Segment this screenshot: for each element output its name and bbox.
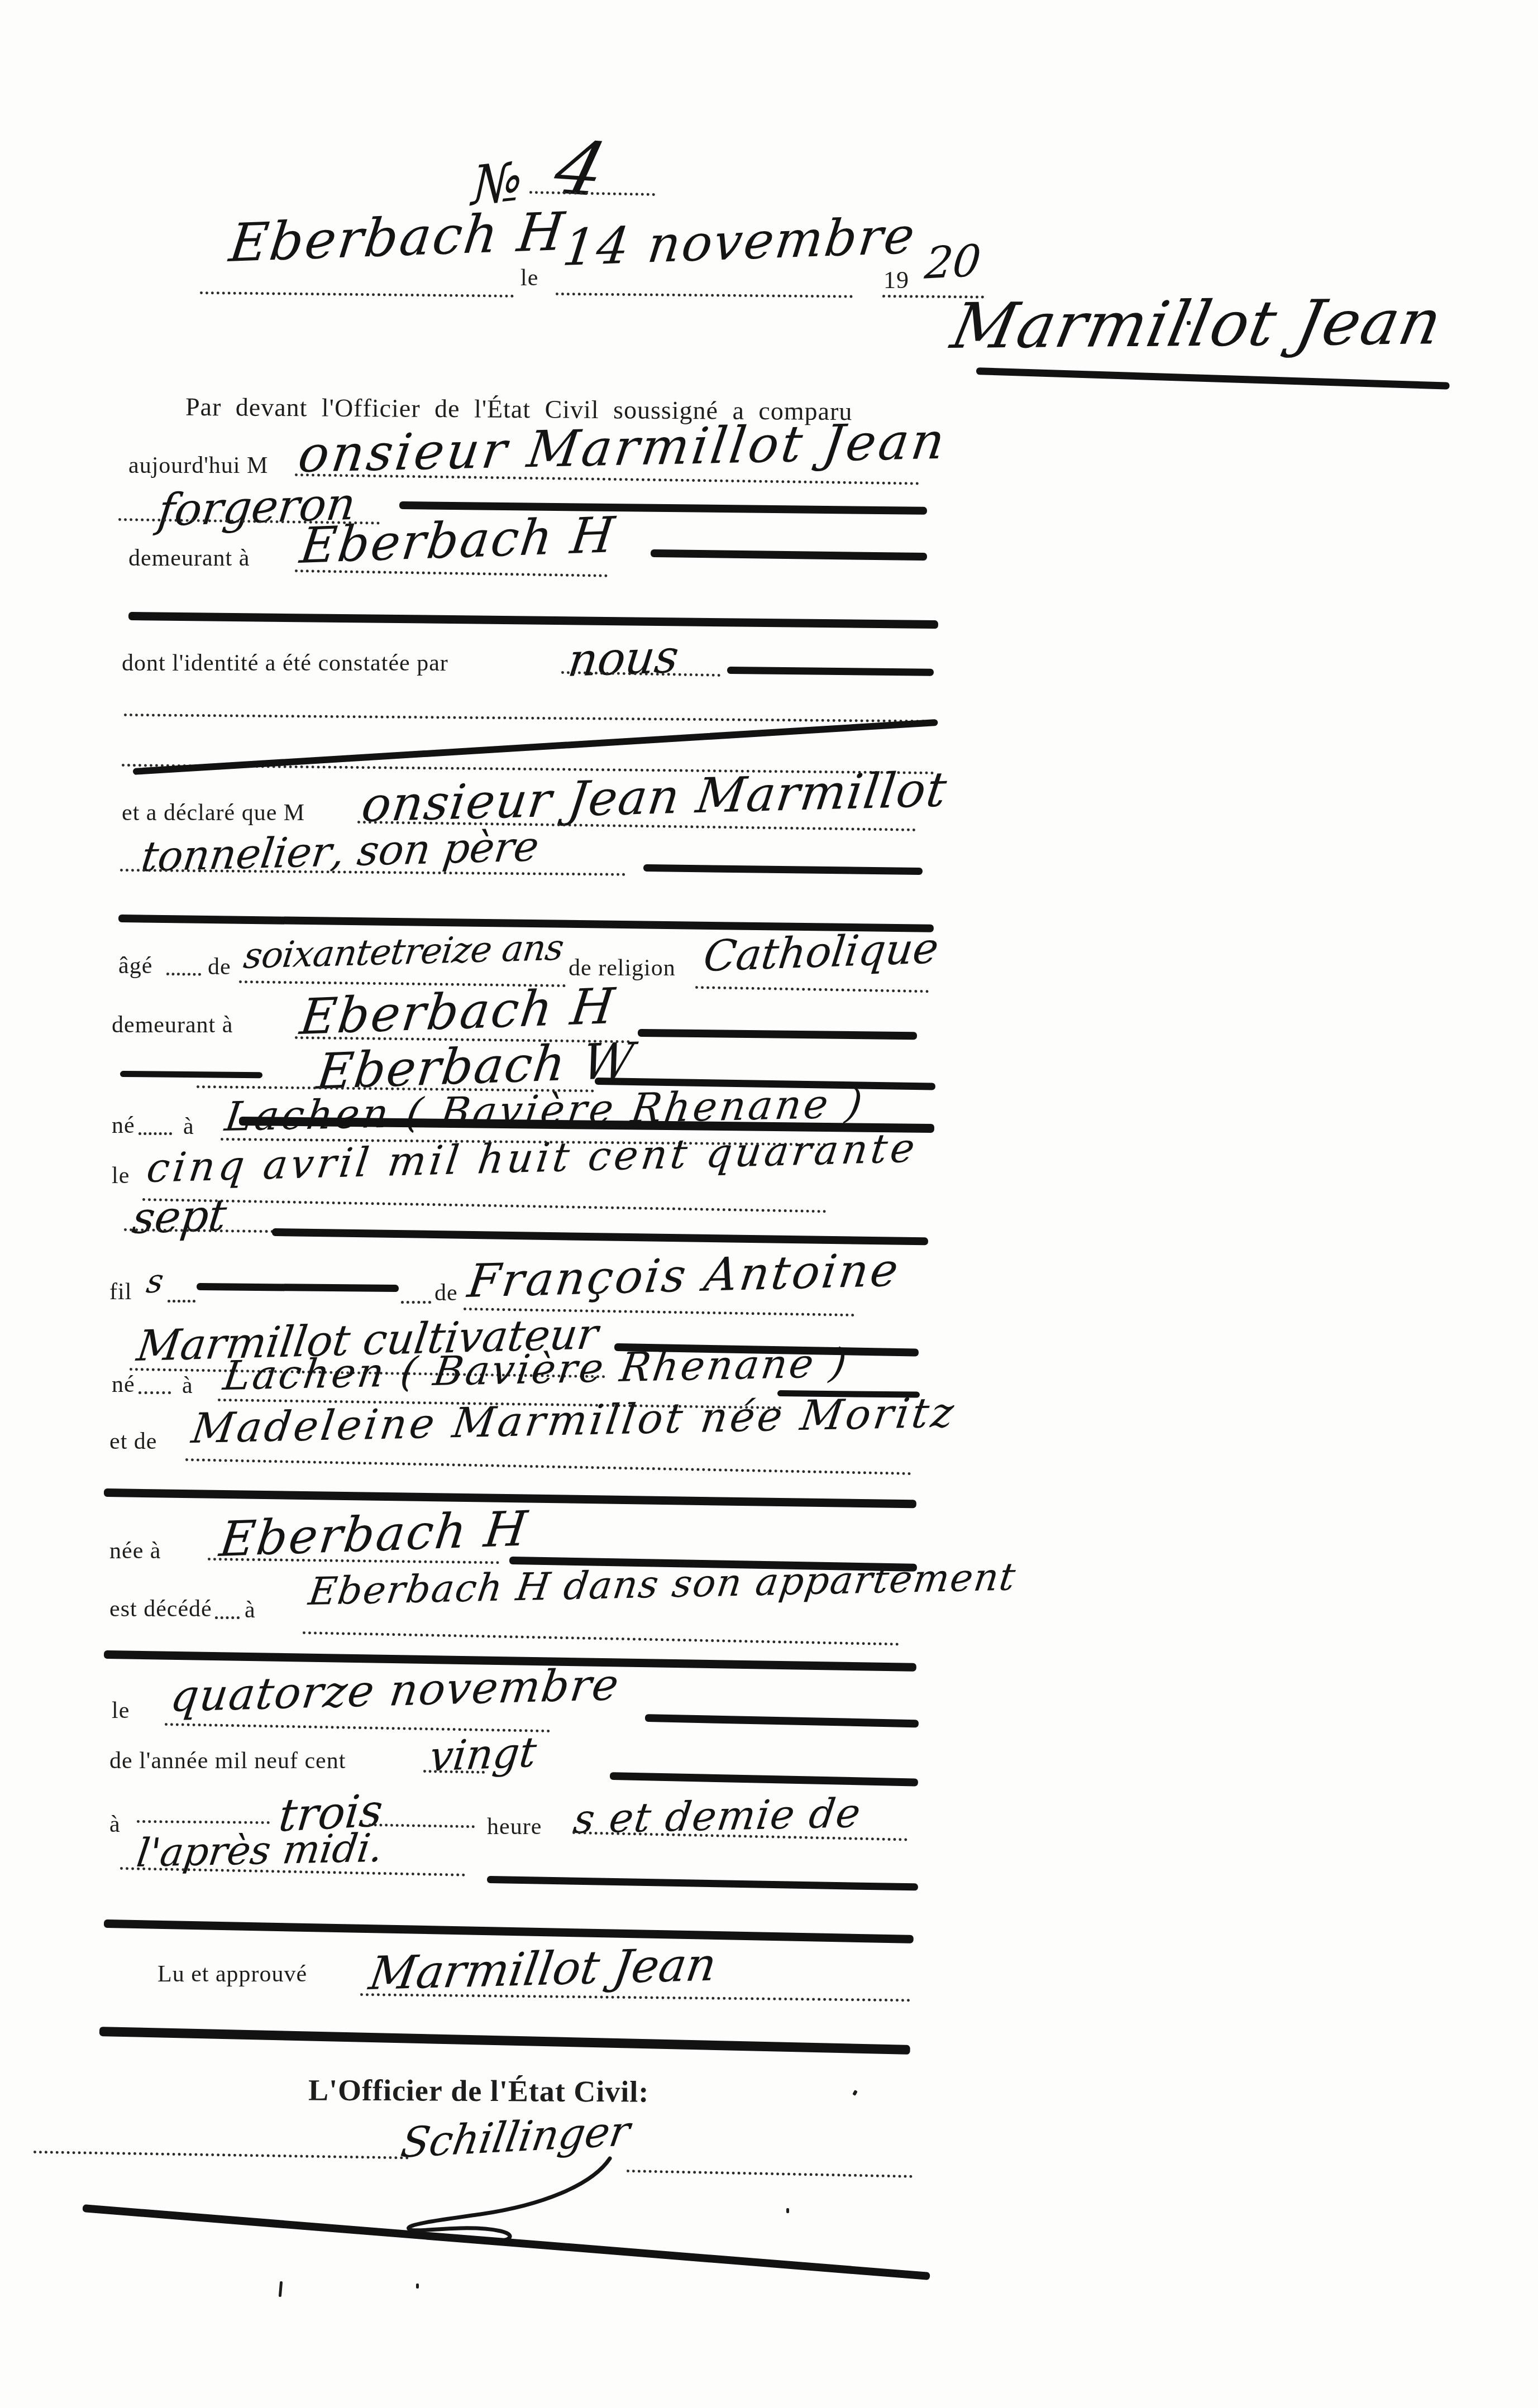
date-dotted-line	[200, 291, 514, 298]
ne2-leader-dots	[138, 1391, 171, 1394]
label-ne-1-a: à	[183, 1113, 194, 1140]
officer-dotted-line	[34, 2151, 409, 2160]
entry-residence-1: Eberbach H	[297, 506, 619, 575]
label-heure: heure	[487, 1813, 542, 1840]
margin-signature-underline	[976, 367, 1450, 390]
ink-speck	[786, 2208, 789, 2213]
label-lu-approuve: Lu et approuvé	[157, 1961, 307, 1988]
label-age: âgé	[118, 952, 152, 979]
blank-filler-rule	[643, 864, 923, 875]
blank-filler-rule	[610, 1772, 918, 1787]
decede-leader-dots	[215, 1616, 240, 1619]
entry-identite-par: nous	[565, 630, 682, 687]
label-le-date: le	[520, 265, 538, 291]
entry-mother-birthplace: Eberbach H	[217, 1501, 532, 1568]
religion-dotted-line	[695, 986, 929, 993]
ink-speck	[852, 2090, 858, 2096]
fils-leader-dots	[401, 1301, 431, 1304]
blank-filler-rule	[272, 1228, 928, 1245]
blank-filler-rule	[645, 1714, 919, 1727]
label-birthdate-le: le	[112, 1162, 130, 1189]
blank-filler-rule	[197, 1283, 399, 1292]
label-annee: de l'année mil neuf cent	[109, 1748, 346, 1774]
entry-father: François Antoine	[465, 1243, 904, 1308]
label-est-decede: est décédé	[109, 1596, 212, 1622]
entry-age: soixantetreize ans	[241, 927, 566, 977]
blank-filler-rule	[487, 1876, 918, 1890]
section-rule	[104, 1919, 914, 1943]
entry-death-place: Eberbach H dans son appartement	[306, 1555, 1019, 1614]
blank-dotted-line	[124, 714, 937, 722]
entry-date: 14 novembre	[560, 206, 919, 277]
section-rule	[99, 2027, 910, 2055]
label-declare: et a déclaré que M	[122, 800, 305, 826]
label-nee-a: née à	[109, 1538, 161, 1564]
blank-filler-rule	[638, 1029, 917, 1040]
fils-leader-dots	[168, 1300, 195, 1303]
label-fils: fil	[109, 1279, 132, 1305]
entry-fils-s: s	[144, 1261, 166, 1301]
label-ne-2-a: à	[182, 1372, 193, 1399]
ink-speck	[279, 2281, 283, 2297]
blank-filler-rule	[120, 1071, 262, 1078]
birthdate-dotted-line	[142, 1198, 827, 1213]
label-demeurant-2: demeurant à	[112, 1012, 233, 1038]
label-jour-le: le	[112, 1697, 130, 1724]
entry-year: 20	[923, 236, 983, 289]
margin-signature: Marmillot Jean	[945, 286, 1449, 363]
heure-leader-dots	[137, 1820, 270, 1824]
label-et-de: et de	[109, 1428, 157, 1455]
entry-place-date: Eberbach H	[226, 202, 569, 274]
entry-religion: Catholique	[701, 923, 942, 981]
entry-death-day: quatorze novembre	[168, 1660, 623, 1722]
residence-dotted-line	[295, 569, 608, 577]
declarant-signature: Marmillot Jean	[366, 1938, 720, 2000]
date-dotted-line	[556, 293, 853, 298]
label-religion: de religion	[569, 955, 676, 982]
section-rule	[128, 612, 938, 629]
label-demeurant-1: demeurant à	[128, 545, 250, 572]
blank-filler-rule	[651, 549, 927, 561]
entry-birthdate-cont: sept	[130, 1190, 229, 1244]
entry-mother: Madeleine Marmillot née Moritz	[189, 1389, 959, 1453]
age-leader-dots	[166, 973, 201, 976]
death-place-dotted-line	[303, 1631, 899, 1646]
label-heure-a: à	[109, 1811, 121, 1838]
label-ne-2: né	[112, 1371, 135, 1398]
ink-speck	[416, 2283, 419, 2289]
officer-dotted-line	[627, 2170, 913, 2178]
ink-speck	[1187, 321, 1191, 325]
label-aujourdhui: aujourd'hui M	[128, 452, 268, 479]
label-identite: dont l'identité a été constatée par	[122, 650, 448, 677]
label-fils-de: de	[434, 1280, 458, 1306]
label-age-de: de	[208, 954, 231, 980]
officer-title: L'Officier de l'État Civil:	[308, 2072, 649, 2109]
death-record-page: № 4 Eberbach H le 14 novembre 19 20 Marm…	[0, 0, 1538, 2408]
act-number: 4	[546, 125, 614, 213]
mother-dotted-line	[185, 1458, 911, 1475]
blank-filler-rule	[727, 667, 934, 676]
label-decede-a: à	[245, 1597, 256, 1624]
ne1-leader-dots	[138, 1132, 172, 1135]
label-ne-1: né	[112, 1112, 135, 1139]
label-year-printed: 19	[883, 266, 909, 294]
